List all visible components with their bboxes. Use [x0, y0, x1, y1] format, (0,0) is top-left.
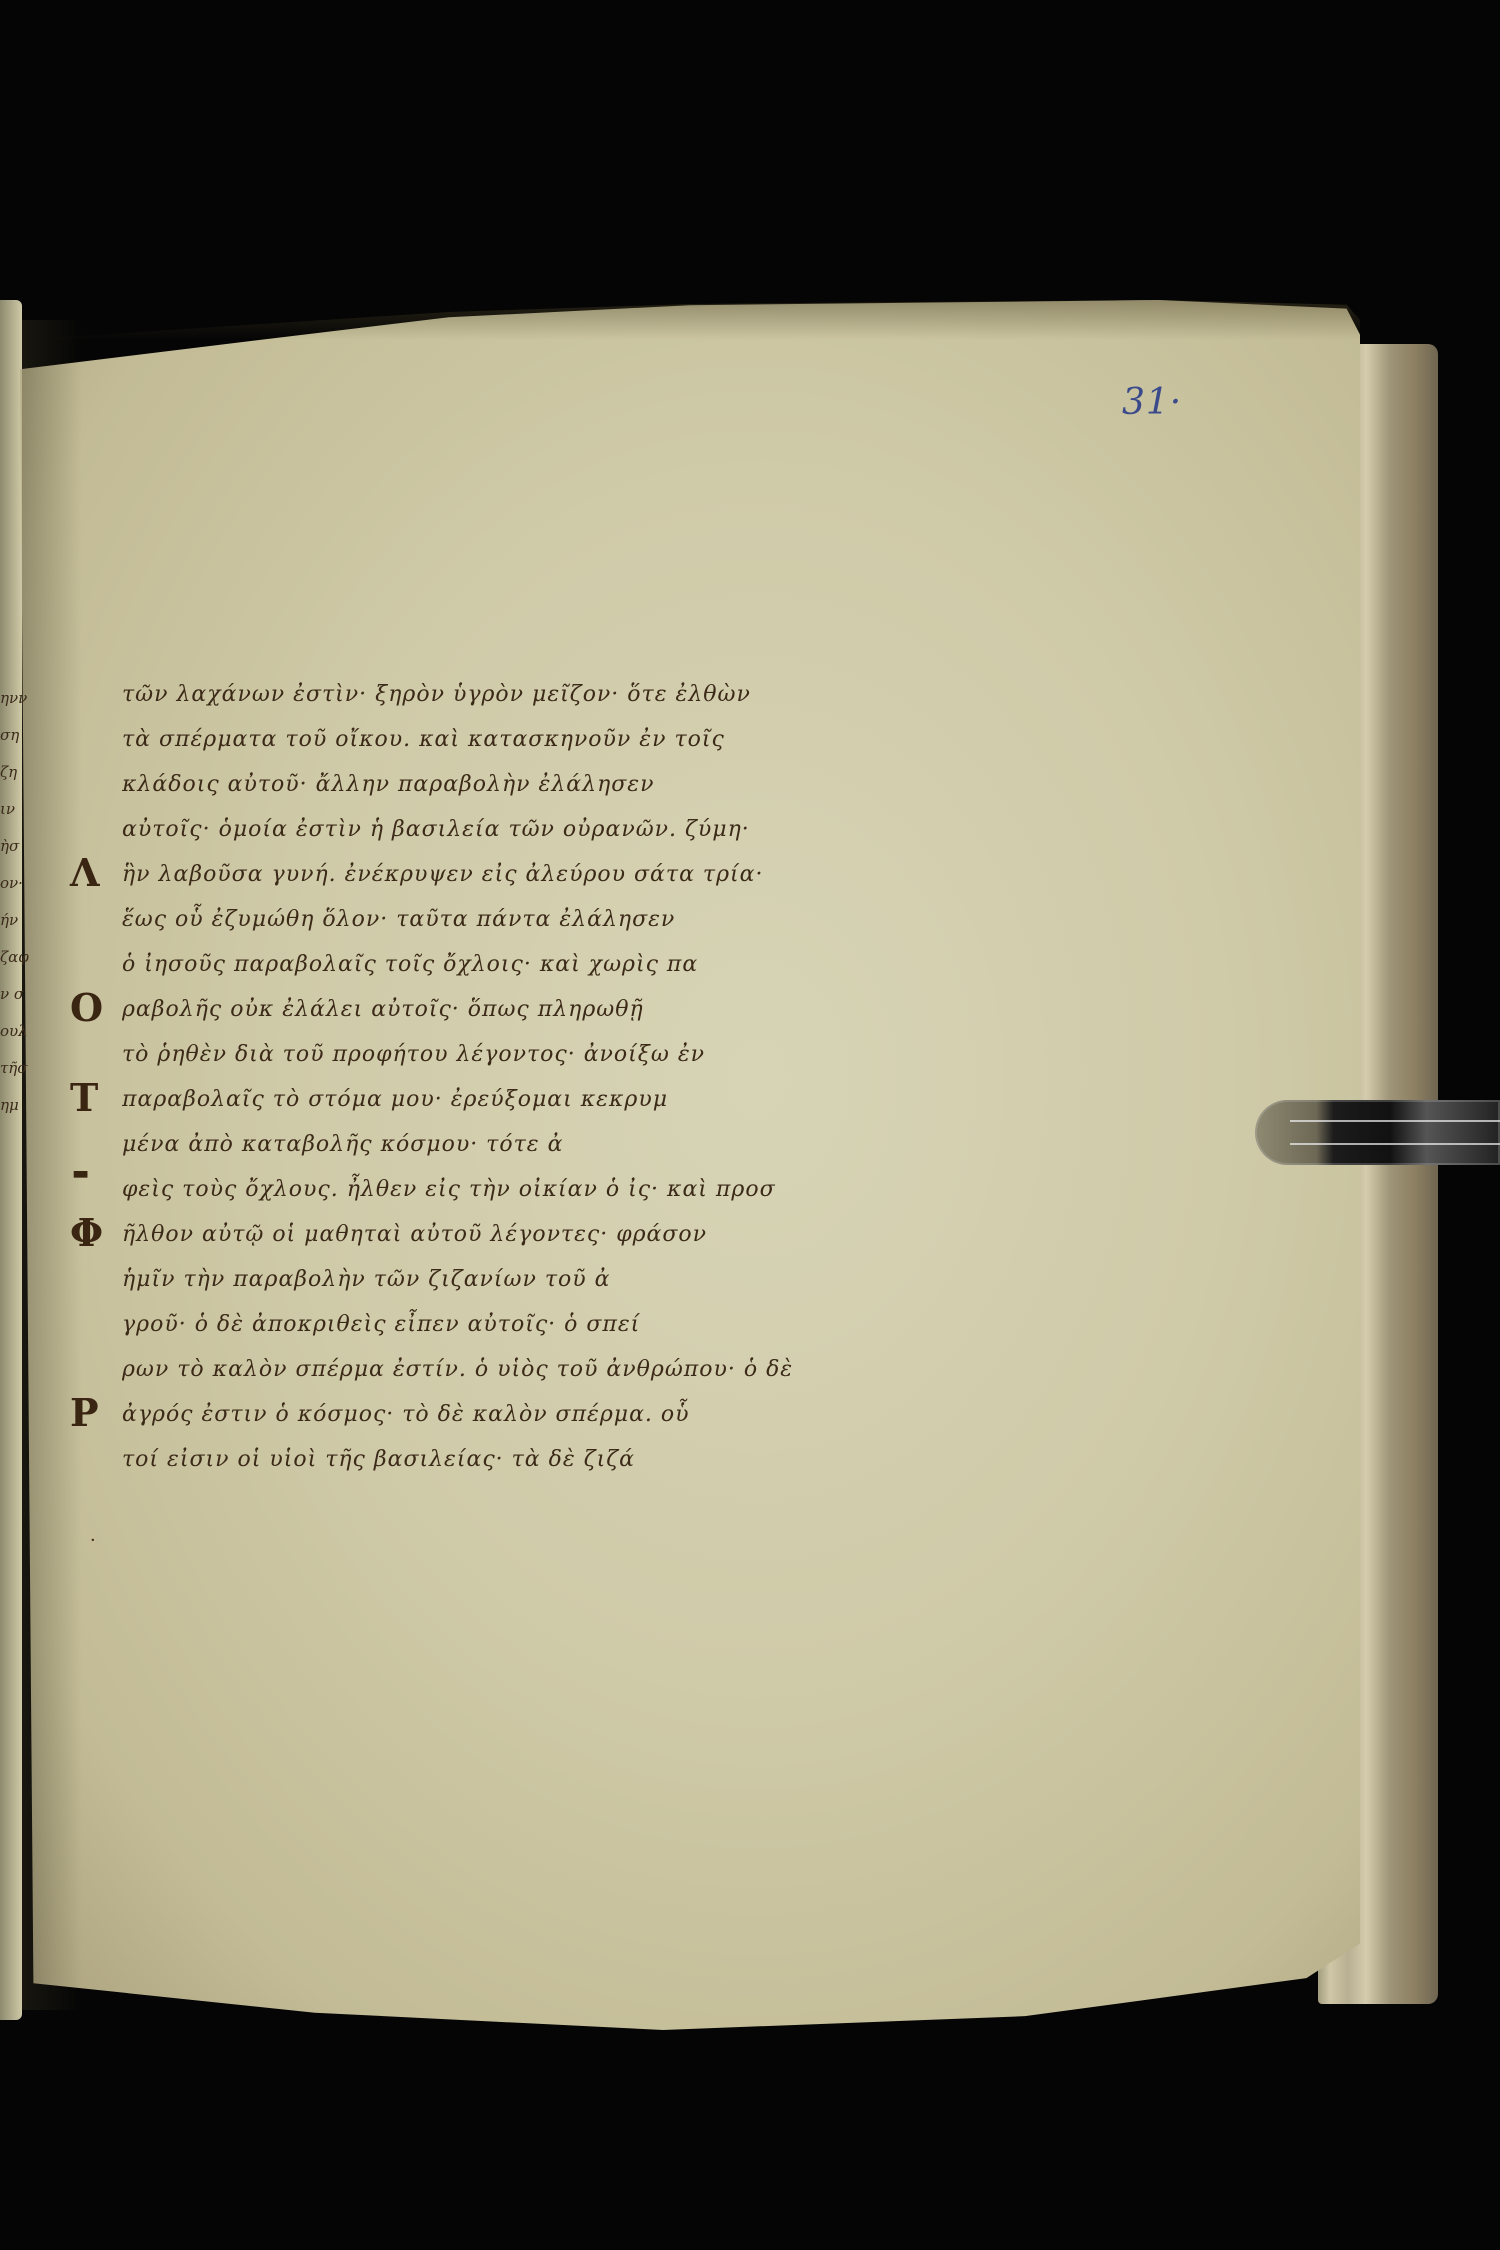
text-line: ἣν λαβοῦσα γυνή. ἐνέκρυψεν εἰς ἀλεύρου σ… [122, 852, 892, 897]
clip-shine [1290, 1120, 1500, 1122]
fragment: ον· [0, 865, 30, 902]
text-line: παραβολαῖς τὸ στόμα μου· ἐρεύξομαι κεκρυ… [122, 1077, 892, 1122]
text-line: ὁ ἰησοῦς παραβολαῖς τοῖς ὄχλοις· καὶ χωρ… [122, 942, 892, 987]
text-line: ῆλθον αὐτῷ οἱ μαθηταὶ αὐτοῦ λέγοντες· φρ… [122, 1212, 892, 1257]
text-line: γροῦ· ὁ δὲ ἀποκριθεὶς εἶπεν αὐτοῖς· ὁ σπ… [122, 1302, 892, 1347]
text-line: τῶν λαχάνων ἐστὶν· ξηρὸν ὑγρὸν μεῖζον· ὅ… [122, 672, 892, 717]
text-line: ἕως οὗ ἐζυμώθη ὅλον· ταῦτα πάντα ἐλάλησε… [122, 897, 892, 942]
initial-lambda: Λ [70, 850, 99, 895]
fragment: ζη [0, 754, 30, 791]
text-line: κλάδοις αὐτοῦ· ἄλλην παραβολὴν ἐλάλησεν [122, 762, 892, 807]
fragment: τῆσ [0, 1050, 30, 1087]
left-page-text-fragments: ηνν ση ζη ιν ὴσ ον· ήν ζαφ ν σ ουλ τῆσ η… [0, 680, 30, 1124]
fragment: ημ [0, 1087, 30, 1124]
text-line: μένα ἀπὸ καταβολῆς κόσμου· τότε ἀ [122, 1122, 892, 1167]
marginal-dot: · [90, 1530, 96, 1551]
text-line: ρων τὸ καλὸν σπέρμα ἐστίν. ὁ υἱὸς τοῦ ἀν… [122, 1347, 892, 1392]
text-line: τὸ ῥηθὲν διὰ τοῦ προφήτου λέγοντος· ἀνοί… [122, 1032, 892, 1077]
left-page-edge [0, 300, 22, 2020]
text-line: τὰ σπέρματα τοῦ οἴκου. καὶ κατασκηνοῦν ἐ… [122, 717, 892, 762]
page-top-stain [20, 300, 1360, 340]
initial-rho: Ρ [70, 1390, 99, 1435]
clip-shine [1290, 1143, 1500, 1145]
marginal-dash: ▬ [72, 1163, 89, 1184]
initial-phi: Φ [70, 1210, 103, 1255]
text-line: ἀγρός ἐστιν ὁ κόσμος· τὸ δὲ καλὸν σπέρμα… [122, 1392, 892, 1437]
fragment: ήν [0, 902, 30, 939]
fragment: ουλ [0, 1013, 30, 1050]
text-line: φεὶς τοὺς ὄχλους. ἦλθεν εἰς τὴν οἰκίαν ὁ… [122, 1167, 892, 1212]
initial-tau: Τ [70, 1075, 98, 1120]
text-line: ἡμῖν τὴν παραβολὴν τῶν ζιζανίων τοῦ ἀ [122, 1257, 892, 1302]
main-text-block: τῶν λαχάνων ἐστὶν· ξηρὸν ὑγρὸν μεῖζον· ὅ… [122, 672, 892, 1482]
fragment: ζαφ [0, 939, 30, 976]
text-line: ραβολῆς οὐκ ἐλάλει αὐτοῖς· ὅπως πληρωθῇ [122, 987, 892, 1032]
fragment: ν σ [0, 976, 30, 1013]
text-line: τοί εἰσιν οἱ υἱοὶ τῆς βασιλείας· τὰ δὲ ζ… [122, 1437, 892, 1482]
fragment: ὴσ [0, 828, 30, 865]
text-line: αὐτοῖς· ὁμοία ἐστὶν ἡ βασιλεία τῶν οὐραν… [122, 807, 892, 852]
fragment: ση [0, 717, 30, 754]
fragment: ιν [0, 791, 30, 828]
page-clip-holder [1255, 1100, 1500, 1165]
initial-omicron: Ο [70, 985, 103, 1030]
fragment: ηνν [0, 680, 30, 717]
folio-number: 31· [1122, 382, 1182, 423]
